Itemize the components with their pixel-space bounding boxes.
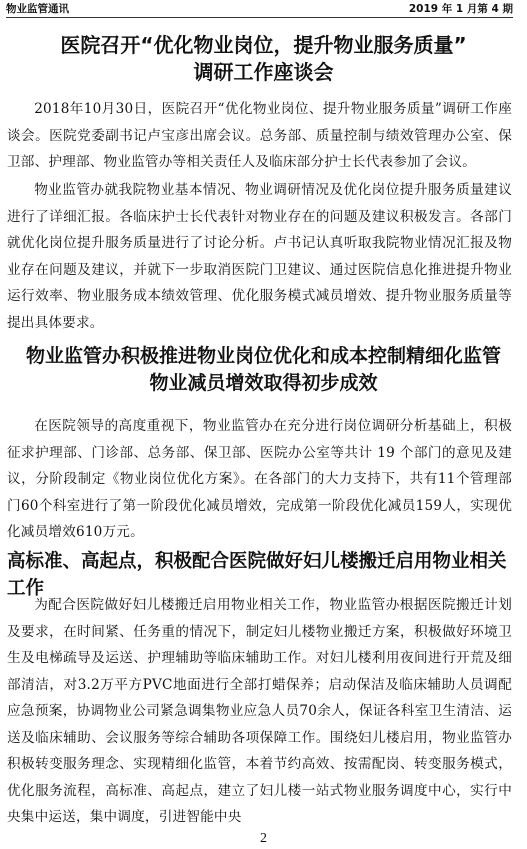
article-paragraph: 在医院领导的高度重视下，物业监管办在充分进行岗位调研分析基础上，积极征求护理部、… bbox=[7, 413, 512, 546]
article-paragraph: 为配合医院做好妇儿楼搬迁启用物业相关工作，物业监管办根据医院搬迁计划及要求，在时… bbox=[7, 592, 512, 831]
page-number: 2 bbox=[0, 831, 527, 847]
section-title-line2: 物业减员增效取得初步成效 bbox=[0, 370, 527, 397]
issue-label: 2019 年 1 月第 4 期 bbox=[409, 1, 513, 16]
publication-name: 物业监管通讯 bbox=[6, 1, 69, 16]
article-title-line1: 医院召开“优化物业岗位，提升物业服务质量” bbox=[0, 32, 527, 59]
running-header: 物业监管通讯 2019 年 1 月第 4 期 bbox=[6, 2, 513, 18]
article-paragraph: 物业监管办就我院物业基本情况、物业调研情况及优化岗位提升服务质量建议进行了详细汇… bbox=[7, 177, 512, 336]
article-title-line2: 调研工作座谈会 bbox=[0, 59, 527, 86]
article-paragraph: 2018年10月30日，医院召开“优化物业岗位、提升物业服务质量”调研工作座谈会… bbox=[7, 96, 512, 176]
section-title-line1: 物业监管办积极推进物业岗位优化和成本控制精细化监管 bbox=[0, 343, 527, 370]
